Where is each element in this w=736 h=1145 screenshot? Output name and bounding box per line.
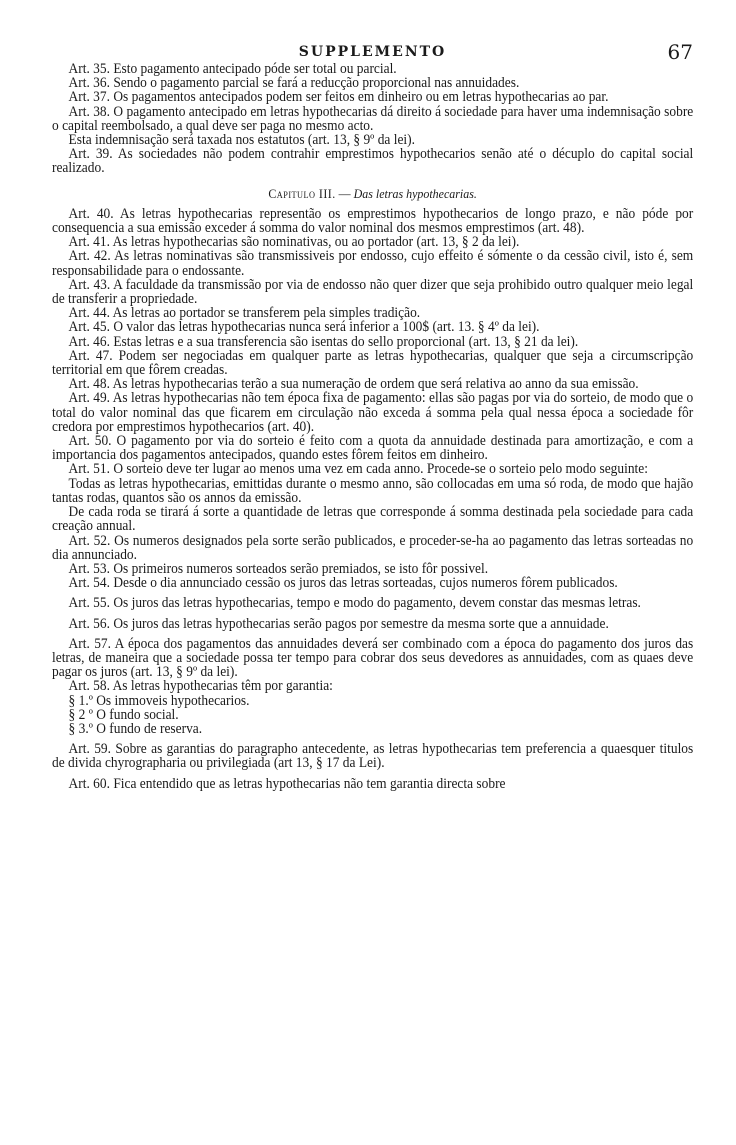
body-text: Art. 35. Esto pagamento antecipado póde … bbox=[52, 62, 693, 791]
article-text: Os juros das letras hypothecarias, tempo… bbox=[113, 595, 641, 611]
article-text: Sobre as garantias do paragrapho anteced… bbox=[52, 741, 693, 771]
article-58-item-2: § 2 º O fundo social. bbox=[52, 708, 693, 722]
article-label: Art. 56. bbox=[69, 616, 110, 632]
article-40: Art. 40. As letras hypothecarias represe… bbox=[52, 207, 693, 235]
book-page: SUPPLEMENTO 67 Art. 35. Esto pagamento a… bbox=[52, 40, 693, 791]
article-48: Art. 48. As letras hypothecarias terão a… bbox=[52, 377, 693, 391]
chapter-heading: Capitulo III. — Das letras hypothecarias… bbox=[52, 187, 693, 201]
item-label: § 3.º bbox=[69, 721, 93, 737]
article-38-continuation: Esta indemnisação será taxada nos estatu… bbox=[52, 133, 693, 147]
article-47: Art. 47. Podem ser negociadas em qualque… bbox=[52, 349, 693, 377]
article-60: Art. 60. Fica entendido que as letras hy… bbox=[52, 777, 693, 791]
article-51-paragraph-1: Todas as letras hypothecarias, emittidas… bbox=[52, 477, 693, 505]
article-58: Art. 58. As letras hypothecarias têm por… bbox=[52, 679, 693, 693]
article-text: Os juros das letras hypothecarias serão … bbox=[113, 616, 609, 632]
article-36: Art. 36. Sendo o pagamento parcial se fa… bbox=[52, 76, 693, 90]
article-57: Art. 57. A época dos pagamentos das annu… bbox=[52, 637, 693, 680]
article-text: O pagamento por via do sorteio é feito c… bbox=[52, 433, 693, 463]
article-text: O pagamento antecipado em letras hypothe… bbox=[52, 104, 693, 134]
article-42: Art. 42. As letras nominativas são trans… bbox=[52, 249, 693, 277]
article-55: Art. 55. Os juros das letras hypothecari… bbox=[52, 596, 693, 610]
article-54: Art. 54. Desde o dia annunciado cessão o… bbox=[52, 576, 693, 590]
article-text: Desde o dia annunciado cessão os juros d… bbox=[113, 575, 617, 591]
item-text: O fundo de reserva. bbox=[96, 721, 202, 737]
article-41: Art. 41. As letras hypothecarias são nom… bbox=[52, 235, 693, 249]
article-37: Art. 37. Os pagamentos antecipados podem… bbox=[52, 90, 693, 104]
article-text: As letras hypothecarias representão os e… bbox=[52, 206, 693, 236]
article-35: Art. 35. Esto pagamento antecipado póde … bbox=[52, 62, 693, 76]
article-text: As sociedades não podem contrahir empres… bbox=[52, 146, 693, 176]
article-text: Os numeros designados pela sorte serão p… bbox=[52, 533, 693, 563]
article-58-item-1: § 1.º Os immoveis hypothecarios. bbox=[52, 694, 693, 708]
article-51-paragraph-2: De cada roda se tirará á sorte a quantid… bbox=[52, 505, 693, 533]
article-text: Todas as letras hypothecarias, emittidas… bbox=[52, 476, 693, 506]
article-label: Art. 54. bbox=[69, 575, 110, 591]
article-46: Art. 46. Estas letras e a sua transferen… bbox=[52, 335, 693, 349]
article-text: De cada roda se tirará á sorte a quantid… bbox=[52, 504, 693, 534]
article-text: A época dos pagamentos das annuidades de… bbox=[52, 636, 693, 680]
article-text: As letras nominativas são transmissiveis… bbox=[52, 248, 693, 278]
article-43: Art. 43. A faculdade da transmissão por … bbox=[52, 278, 693, 306]
article-38: Art. 38. O pagamento antecipado em letra… bbox=[52, 105, 693, 133]
article-51: Art. 51. O sorteio deve ter lugar ao men… bbox=[52, 462, 693, 476]
article-45: Art. 45. O valor das letras hypothecaria… bbox=[52, 320, 693, 334]
article-label: Art. 60. bbox=[69, 776, 110, 792]
article-58-item-3: § 3.º O fundo de reserva. bbox=[52, 722, 693, 736]
page-number: 67 bbox=[668, 40, 693, 64]
article-text: Fica entendido que as letras hypothecari… bbox=[113, 776, 505, 792]
article-39: Art. 39. As sociedades não podem contrah… bbox=[52, 147, 693, 175]
article-56: Art. 56. Os juros das letras hypothecari… bbox=[52, 617, 693, 631]
article-text: Podem ser negociadas em qualquer parte a… bbox=[52, 348, 693, 378]
article-59: Art. 59. Sobre as garantias do paragraph… bbox=[52, 742, 693, 770]
article-52: Art. 52. Os numeros designados pela sort… bbox=[52, 534, 693, 562]
running-title: SUPPLEMENTO bbox=[52, 44, 693, 60]
chapter-title: Das letras hypothecarias. bbox=[354, 186, 477, 201]
running-head: SUPPLEMENTO 67 bbox=[52, 40, 693, 62]
chapter-dash: — bbox=[339, 186, 351, 201]
article-text: A faculdade da transmissão por via de en… bbox=[52, 277, 693, 307]
article-50: Art. 50. O pagamento por via do sorteio … bbox=[52, 434, 693, 462]
article-53: Art. 53. Os primeiros numeros sorteados … bbox=[52, 562, 693, 576]
chapter-label: Capitulo III. bbox=[268, 186, 335, 201]
article-label: Art. 55. bbox=[69, 595, 110, 611]
article-44: Art. 44. As letras ao portador se transf… bbox=[52, 306, 693, 320]
article-text: As letras hypothecarias não tem época fi… bbox=[52, 390, 693, 434]
article-49: Art. 49. As letras hypothecarias não tem… bbox=[52, 391, 693, 434]
